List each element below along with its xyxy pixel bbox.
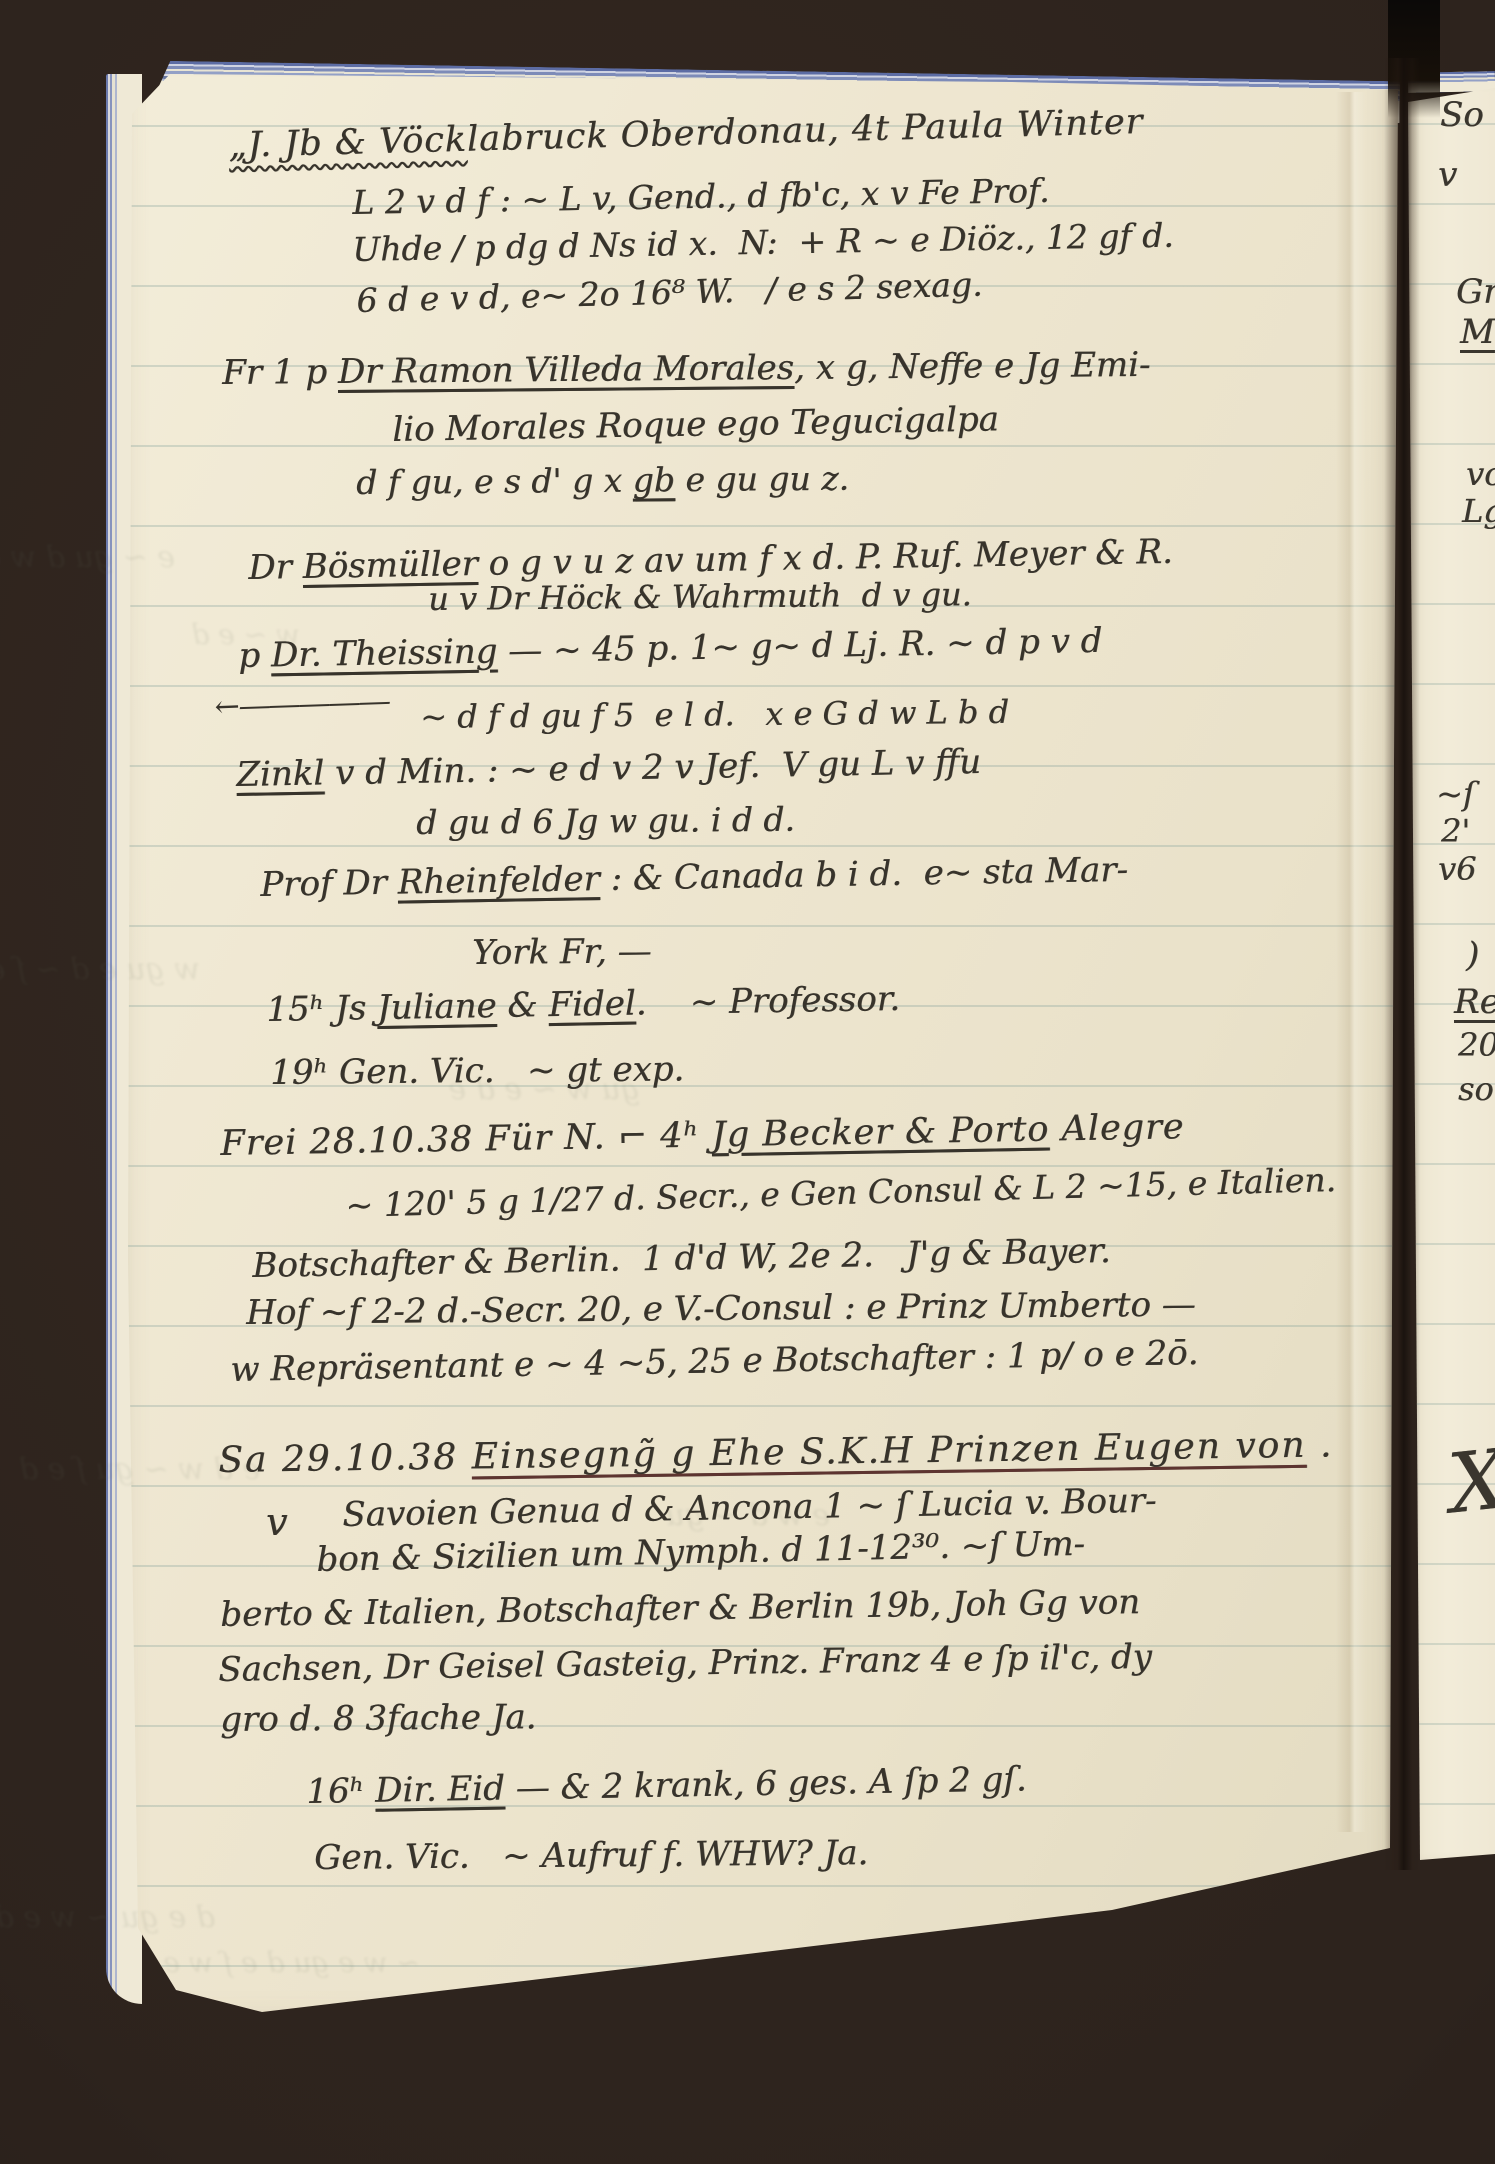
handwriting-line: d f gu, e s d' g x gb e gu gu z. xyxy=(356,459,849,502)
handwriting-segment: d e gu ~ w e d ſ gu e w d e xyxy=(0,1900,215,1935)
handwriting-segment: York Fr, — xyxy=(472,931,652,973)
handwriting-segment: v xyxy=(1438,155,1457,195)
handwriting-segment: Alegre xyxy=(1049,1107,1185,1149)
handwriting-segment: Lg. xyxy=(1462,492,1495,530)
bleedthrough-text: w gu e d ~ ſ e w d gu xyxy=(0,952,200,987)
handwriting-segment: 15ʰ Js xyxy=(266,988,377,1030)
handwriting-segment: Re xyxy=(1454,982,1495,1022)
handwriting-line: u v Dr Höck & Wahrmuth d v gu. xyxy=(428,575,972,618)
handwriting-segment: Rheinfelder xyxy=(397,859,600,903)
handwriting-line: 20 xyxy=(1458,1026,1495,1064)
handwriting-line: York Fr, — xyxy=(472,931,652,973)
handwriting-segment: Prof Dr xyxy=(260,863,398,905)
handwriting-line: ~ſ xyxy=(1436,775,1475,813)
handwriting-line: Gr xyxy=(1456,272,1495,312)
handwriting-segment: Dir. Eid xyxy=(375,1769,505,1811)
handwriting-segment: Zinkl xyxy=(236,753,325,795)
handwriting-segment: So xyxy=(1440,95,1484,135)
handwriting-segment: Dr Ramon Villeda Morales xyxy=(338,348,795,392)
handwriting-segment: 20 xyxy=(1458,1026,1495,1064)
handwriting-segment: Hof ~f 2-2 d.-Secr. 20, e V.-Consul : e … xyxy=(246,1285,1196,1333)
handwriting-segment: e gu gu z. xyxy=(675,459,849,500)
handwriting-segment: Frei 28.10.38 Für N. ⌐ 4ʰ xyxy=(220,1115,712,1164)
handwriting-line: So xyxy=(1440,95,1484,135)
handwriting-line: ~ d f d gu f 5 e l d. x e G d w L b d xyxy=(420,693,1009,736)
handwriting-segment: , x g, Neffe e Jg Emi- xyxy=(794,345,1151,388)
handwriting-line: vo xyxy=(1466,455,1495,493)
handwriting-segment: ~ſ xyxy=(1436,775,1475,813)
handwriting-segment: w gu e d ~ ſ e w d gu xyxy=(0,952,200,987)
handwriting-segment: Dr xyxy=(248,547,303,588)
handwriting-line: d gu d 6 Jg w gu. i d d. xyxy=(416,800,795,842)
handwriting-segment: gb xyxy=(633,460,676,499)
handwriting-segment: u v Dr Höck & Wahrmuth d v gu. xyxy=(428,575,972,618)
handwriting-line: Hof ~f 2-2 d.-Secr. 20, e V.-Consul : e … xyxy=(246,1285,1196,1333)
handwriting-line: ) xyxy=(1466,935,1479,975)
handwriting-segment: Fidel xyxy=(548,984,636,1026)
handwriting-segment: Gr xyxy=(1456,272,1495,312)
handwriting-segment: d f gu, e s d' g x xyxy=(356,461,633,502)
handwriting-segment: Sa 29.10.38 xyxy=(218,1436,472,1481)
handwriting-line: gro d. 8 3fache Ja. xyxy=(220,1697,537,1740)
handwriting-segment: M xyxy=(1460,312,1495,352)
handwriting-segment: „J. Jb & Vöck xyxy=(228,120,467,166)
bleedthrough-text: d e gu ~ w e d ſ gu e w d e xyxy=(0,1900,215,1935)
notebook-photo-scene: w gu e d ~ ſ e w d gue d w ~ gu ſ e dd e… xyxy=(0,0,1495,2164)
handwriting-line: 2' xyxy=(1441,812,1470,850)
handwriting-segment: . ~ Professor. xyxy=(635,979,900,1024)
handwriting-segment: v6 xyxy=(1438,850,1476,888)
handwriting-segment: & xyxy=(496,985,549,1026)
handwriting-segment: ←――――― xyxy=(214,684,390,725)
handwriting-segment: gro d. 8 3fache Ja. xyxy=(220,1697,537,1740)
handwriting-line: Fr 1 p Dr Ramon Villeda Morales, x g, Ne… xyxy=(222,345,1151,393)
handwriting-segment: ) xyxy=(1466,935,1479,975)
handwriting-line: Gen. Vic. ~ Aufruf f. WHW? Ja. xyxy=(314,1833,868,1878)
handwriting-segment: Jg Becker & Porto xyxy=(711,1110,1049,1156)
handwriting-segment: p xyxy=(238,635,271,676)
handwriting-segment: 2' xyxy=(1441,812,1470,850)
handwriting-line: M xyxy=(1460,312,1495,352)
bleedthrough-text: ~ w e gu d e ſ w e xyxy=(163,1946,420,1979)
page-crease xyxy=(1336,92,1366,1832)
handwriting-segment: 19ʰ Gen. Vic. ~ gt exp. xyxy=(270,1049,684,1093)
handwriting-line: 19ʰ Gen. Vic. ~ gt exp. xyxy=(270,1049,684,1093)
handwriting-line: v6 xyxy=(1438,850,1476,888)
binding-gutter-shadow xyxy=(1384,58,1420,1870)
bleedthrough-text: e ~ gu d w e xyxy=(0,540,175,575)
handwriting-segment: Dr. Theissing xyxy=(271,631,498,675)
handwriting-segment: . xyxy=(1306,1424,1333,1465)
handwriting-segment: Fr 1 p xyxy=(222,352,338,393)
handwriting-line: v xyxy=(266,1500,287,1544)
left-arrow-mark: ←――――― xyxy=(214,684,390,725)
handwriting-line: Re xyxy=(1454,982,1495,1022)
handwriting-segment: Juliane xyxy=(377,986,497,1028)
handwriting-segment: Gen. Vic. ~ Aufruf f. WHW? Ja. xyxy=(314,1833,868,1878)
handwriting-segment: v xyxy=(266,1500,287,1544)
handwriting-line: Lg. xyxy=(1462,492,1495,530)
handwriting-segment: e ~ gu d w e xyxy=(0,540,175,575)
handwriting-segment: vo xyxy=(1466,455,1495,493)
handwriting-line: v xyxy=(1438,155,1457,195)
handwriting-segment: d gu d 6 Jg w gu. i d d. xyxy=(416,800,795,842)
handwriting-segment: X xyxy=(1444,1432,1495,1533)
handwriting-segment: 16ʰ xyxy=(306,1771,375,1812)
handwriting-segment: so xyxy=(1458,1070,1494,1108)
handwriting-segment: ~ w e gu d e ſ w e xyxy=(163,1946,420,1979)
handwriting-segment: ~ d f d gu f 5 e l d. x e G d w L b d xyxy=(420,693,1009,736)
handwriting-line: so xyxy=(1458,1070,1494,1108)
handwriting-line: X xyxy=(1444,1432,1495,1533)
